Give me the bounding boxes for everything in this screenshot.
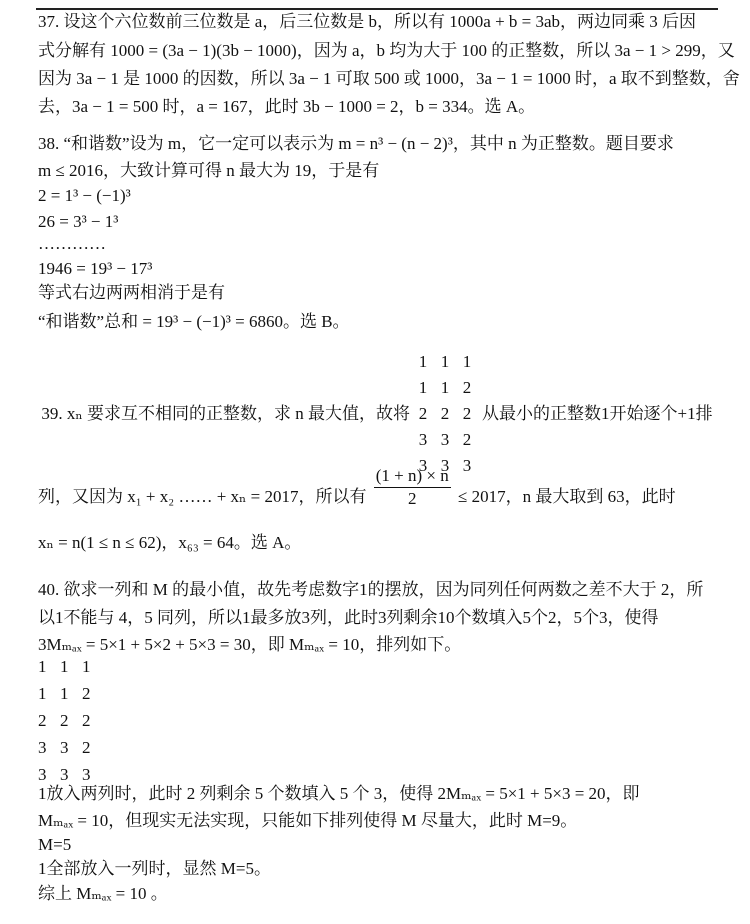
p40-line-8: 综上 Mₘₐₓ = 10 。	[38, 883, 168, 905]
p38-dots: …………	[38, 233, 106, 255]
p37-line-2: 式分解有 1000 = (3a − 1)(3b − 1000)，因为 a，b 均…	[38, 40, 735, 62]
fraction-numerator: (1 + n) × n	[374, 465, 451, 488]
matrix-row: 112	[412, 377, 478, 403]
p40-grid: 111 112 222 332 333	[38, 656, 104, 791]
p40-line-7: 1全部放入一列时，显然 M=5。	[38, 858, 271, 880]
p39-matrix: 111 112 222 332 333	[412, 351, 478, 481]
p38-eq-3: 1946 = 19³ − 17³	[38, 258, 152, 280]
grid-row: 112	[38, 683, 104, 710]
p37-line-1: 37. 设这个六位数前三位数是 a，后三位数是 b，所以有 1000a + b …	[38, 11, 696, 33]
p40-line-6: M=5	[38, 834, 71, 856]
fraction: (1 + n) × n 2	[374, 465, 451, 510]
top-rule	[36, 8, 718, 10]
p37-line-4: 去，3a − 1 = 500 时，a = 167，此时 3b − 1000 = …	[38, 96, 535, 118]
p40-line-5: Mₘₐₓ = 10，但现实无法实现，只能如下排列使得 M 尽量大，此时 M=9。	[38, 810, 577, 832]
p39-line-2-before: 列，又因为 x₁ + x₂ …… + xₙ = 2017，所以有	[38, 487, 366, 506]
p38-eq-2: 26 = 3³ − 1³	[38, 211, 118, 233]
p38-line-1: 38. “和谐数”设为 m，它一定可以表示为 m = n³ − (n − 2)³…	[38, 133, 674, 155]
p37-line-3: 因为 3a − 1 是 1000 的因数，所以 3a − 1 可取 500 或 …	[38, 68, 740, 90]
p40-line-3: 3Mₘₐₓ = 5×1 + 5×2 + 5×3 = 30，即 Mₘₐₓ = 10…	[38, 634, 461, 656]
matrix-row: 222	[412, 403, 478, 429]
p39-line-2: 列，又因为 x₁ + x₂ …… + xₙ = 2017，所以有 (1 + n)…	[38, 486, 676, 510]
p40-line-4: 1放入两列时，此时 2 列剩余 5 个数填入 5 个 3，使得 2Mₘₐₓ = …	[38, 783, 640, 805]
matrix-row: 332	[412, 429, 478, 455]
grid-row: 222	[38, 710, 104, 737]
p38-eq-1: 2 = 1³ − (−1)³	[38, 185, 131, 207]
p39-line-1-before: 39. xₙ 要求互不相同的正整数，求 n 最大值，故将	[38, 403, 410, 425]
p38-line-2: m ≤ 2016，大致计算可得 n 最大为 19，于是有	[38, 160, 379, 182]
p39-line-3: xₙ = n(1 ≤ n ≤ 62)，x₆₃ = 64。选 A。	[38, 532, 301, 554]
grid-row: 332	[38, 737, 104, 764]
p39-line-1-after: 从最小的正整数1开始逐个+1排	[482, 403, 713, 425]
fraction-denominator: 2	[374, 488, 451, 510]
grid-row: 111	[38, 656, 104, 683]
matrix-row: 111	[412, 351, 478, 377]
p40-line-2: 以1不能与 4，5 同列，所以1最多放3列，此时3列剩余10个数填入5个2，5个…	[38, 607, 659, 629]
p40-line-1: 40. 欲求一列和 M 的最小值，故先考虑数字1的摆放，因为同列任何两数之差不大…	[38, 579, 703, 601]
p38-line-4: “和谐数”总和 = 19³ − (−1)³ = 6860。选 B。	[38, 311, 350, 333]
p38-line-3: 等式右边两两相消于是有	[38, 282, 225, 304]
p39-line-2-after: ≤ 2017，n 最大取到 63，此时	[458, 487, 676, 506]
